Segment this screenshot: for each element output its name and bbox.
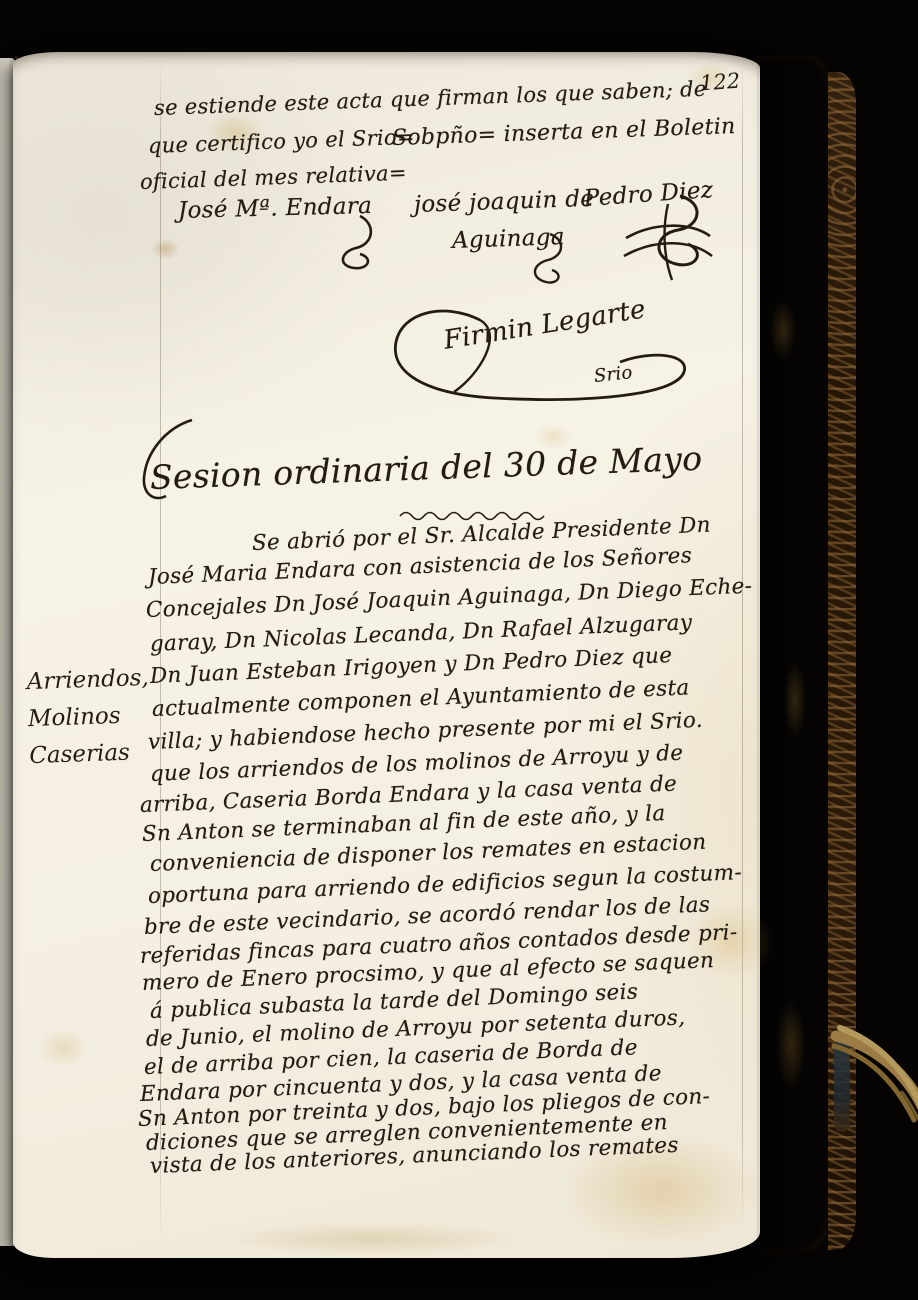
right-margin-rule [742, 60, 743, 1240]
bookmark-ribbon [832, 1022, 918, 1152]
edge-blotch [770, 300, 796, 360]
manuscript-photo: 122 se estiende este acta que firman los… [0, 0, 918, 1300]
title-initial-flourish [136, 418, 206, 508]
rubric-flourish-icon [618, 192, 714, 284]
secretary-title: Srio [593, 362, 634, 387]
margin-note: Arriendos, Molinos Caserias [26, 660, 152, 775]
margin-note-line: Caserias [29, 733, 152, 774]
rubric-flourish-icon [524, 232, 574, 288]
margin-note-line: Molinos [27, 697, 150, 738]
edge-blotch [784, 660, 806, 740]
edge-blotch [776, 1000, 806, 1090]
rubric-flourish-icon [330, 214, 386, 274]
margin-note-line: Arriendos, [26, 660, 149, 701]
